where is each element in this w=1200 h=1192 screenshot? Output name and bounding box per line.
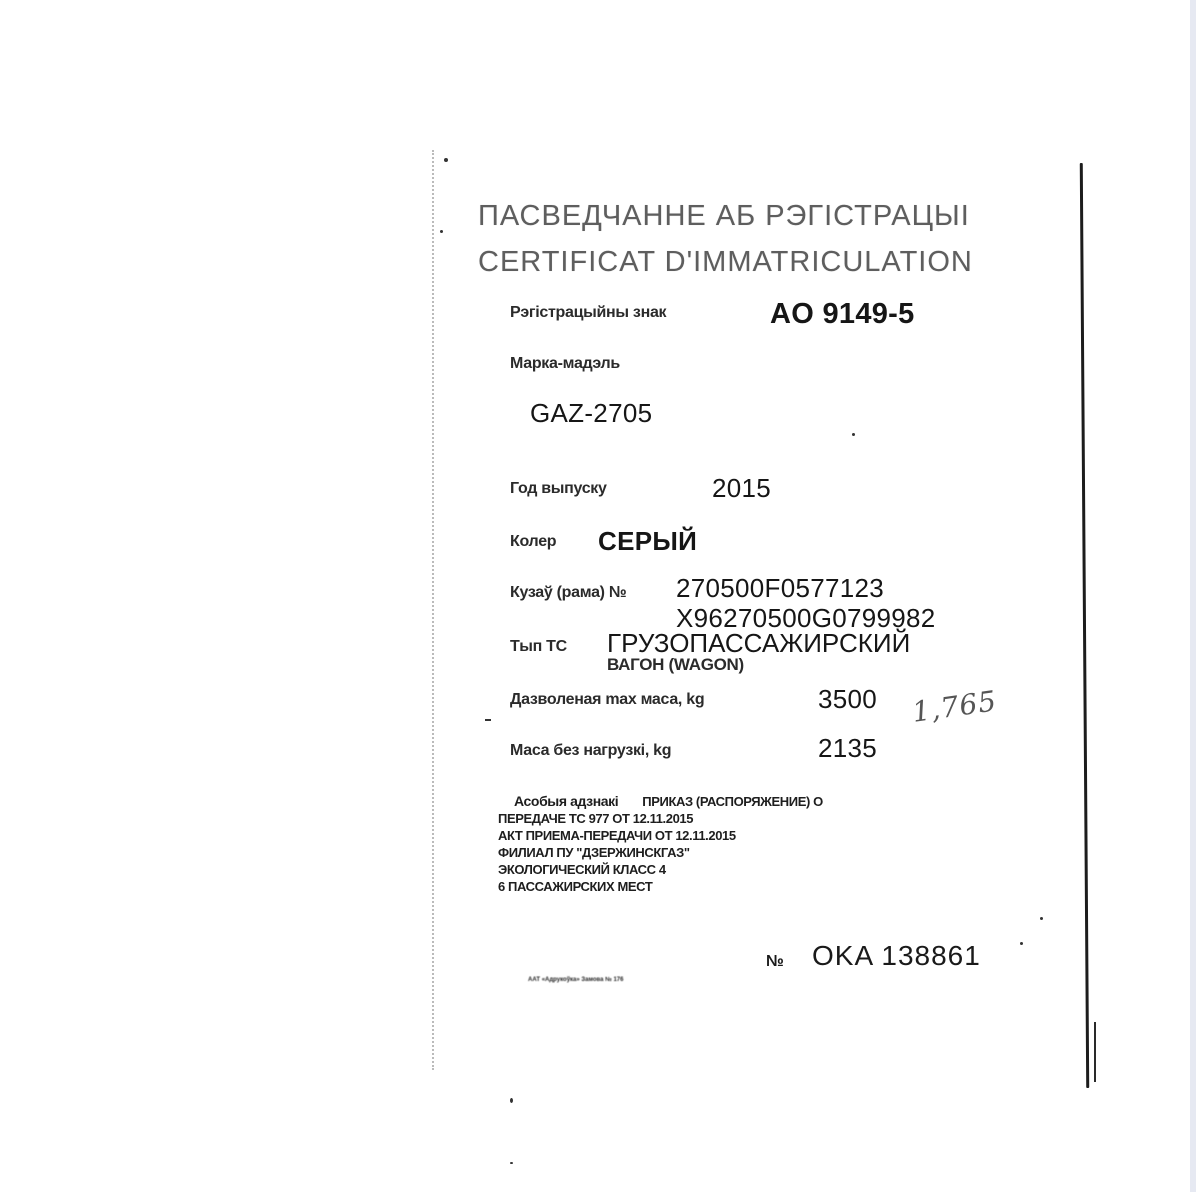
card-right-edge-fold — [1094, 1022, 1096, 1082]
reg-sign-value: AO 9149-5 — [770, 298, 915, 331]
card-left-edge — [432, 150, 434, 1070]
scan-speck — [510, 1098, 513, 1103]
printer-imprint: ААТ «Адрукоўка» Замова № 176 — [528, 977, 623, 983]
special-notes-label: Асобыя адзнакі — [514, 793, 618, 809]
scan-speck — [1020, 942, 1023, 945]
serial-number-sign: № — [766, 953, 784, 971]
scan-speck — [852, 433, 855, 436]
note-line: ЭКОЛОГИЧЕСКИЙ КЛАСС 4 — [498, 861, 823, 878]
serial-number-value: OKA 138861 — [812, 940, 981, 972]
curb-mass-label: Маса без нагрузкі, kg — [510, 742, 671, 760]
body-frame-label: Кузаў (рама) № — [510, 584, 626, 602]
note-line: ПЕРЕДАЧЕ ТС 977 ОТ 12.11.2015 — [498, 810, 823, 827]
reg-sign-label: Рэгістрацыйны знак — [510, 304, 666, 322]
vehicle-type-label: Тып ТС — [510, 638, 567, 656]
scan-speck — [444, 158, 448, 162]
note-line: АКТ ПРИЕМА-ПЕРЕДАЧИ ОТ 12.11.2015 — [498, 827, 823, 844]
scan-speck — [440, 230, 443, 233]
scan-speck — [485, 719, 491, 721]
max-mass-label: Дазволеная max маса, kg — [510, 691, 704, 709]
scan-speck — [510, 1162, 513, 1164]
handwritten-note: 1,765 — [910, 684, 999, 729]
scan-speck — [1040, 917, 1043, 920]
note-line: ПРИКАЗ (РАСПОРЯЖЕНИЕ) О — [642, 794, 823, 809]
make-model-value: GAZ-2705 — [530, 398, 652, 429]
body-frame-value: 270500F0577123 — [676, 573, 884, 604]
year-value: 2015 — [712, 473, 771, 504]
year-label: Год выпуску — [510, 480, 607, 498]
max-mass-value: 3500 — [818, 684, 877, 715]
curb-mass-value: 2135 — [818, 733, 877, 764]
scan-edge-band — [1190, 0, 1196, 1192]
vehicle-type-value-line2: ВАГОН (WAGON) — [607, 655, 744, 675]
note-line: ФИЛИАЛ ПУ "ДЗЕРЖИНСКГАЗ" — [498, 844, 823, 861]
color-value: СЕРЫЙ — [598, 526, 697, 557]
make-model-label: Марка-мадэль — [510, 355, 620, 373]
special-notes: Асобыя адзнакіПРИКАЗ (РАСПОРЯЖЕНИЕ) О ПЕ… — [498, 793, 823, 895]
title-belarusian: ПАСВЕДЧАННЕ АБ РЭГІСТРАЦЫІ — [478, 200, 970, 233]
card-right-edge — [1080, 163, 1089, 1088]
color-label: Колер — [510, 533, 556, 551]
title-french: CERTIFICAT D'IMMATRICULATION — [478, 246, 973, 279]
note-line: 6 ПАССАЖИРСКИХ МЕСТ — [498, 878, 823, 895]
